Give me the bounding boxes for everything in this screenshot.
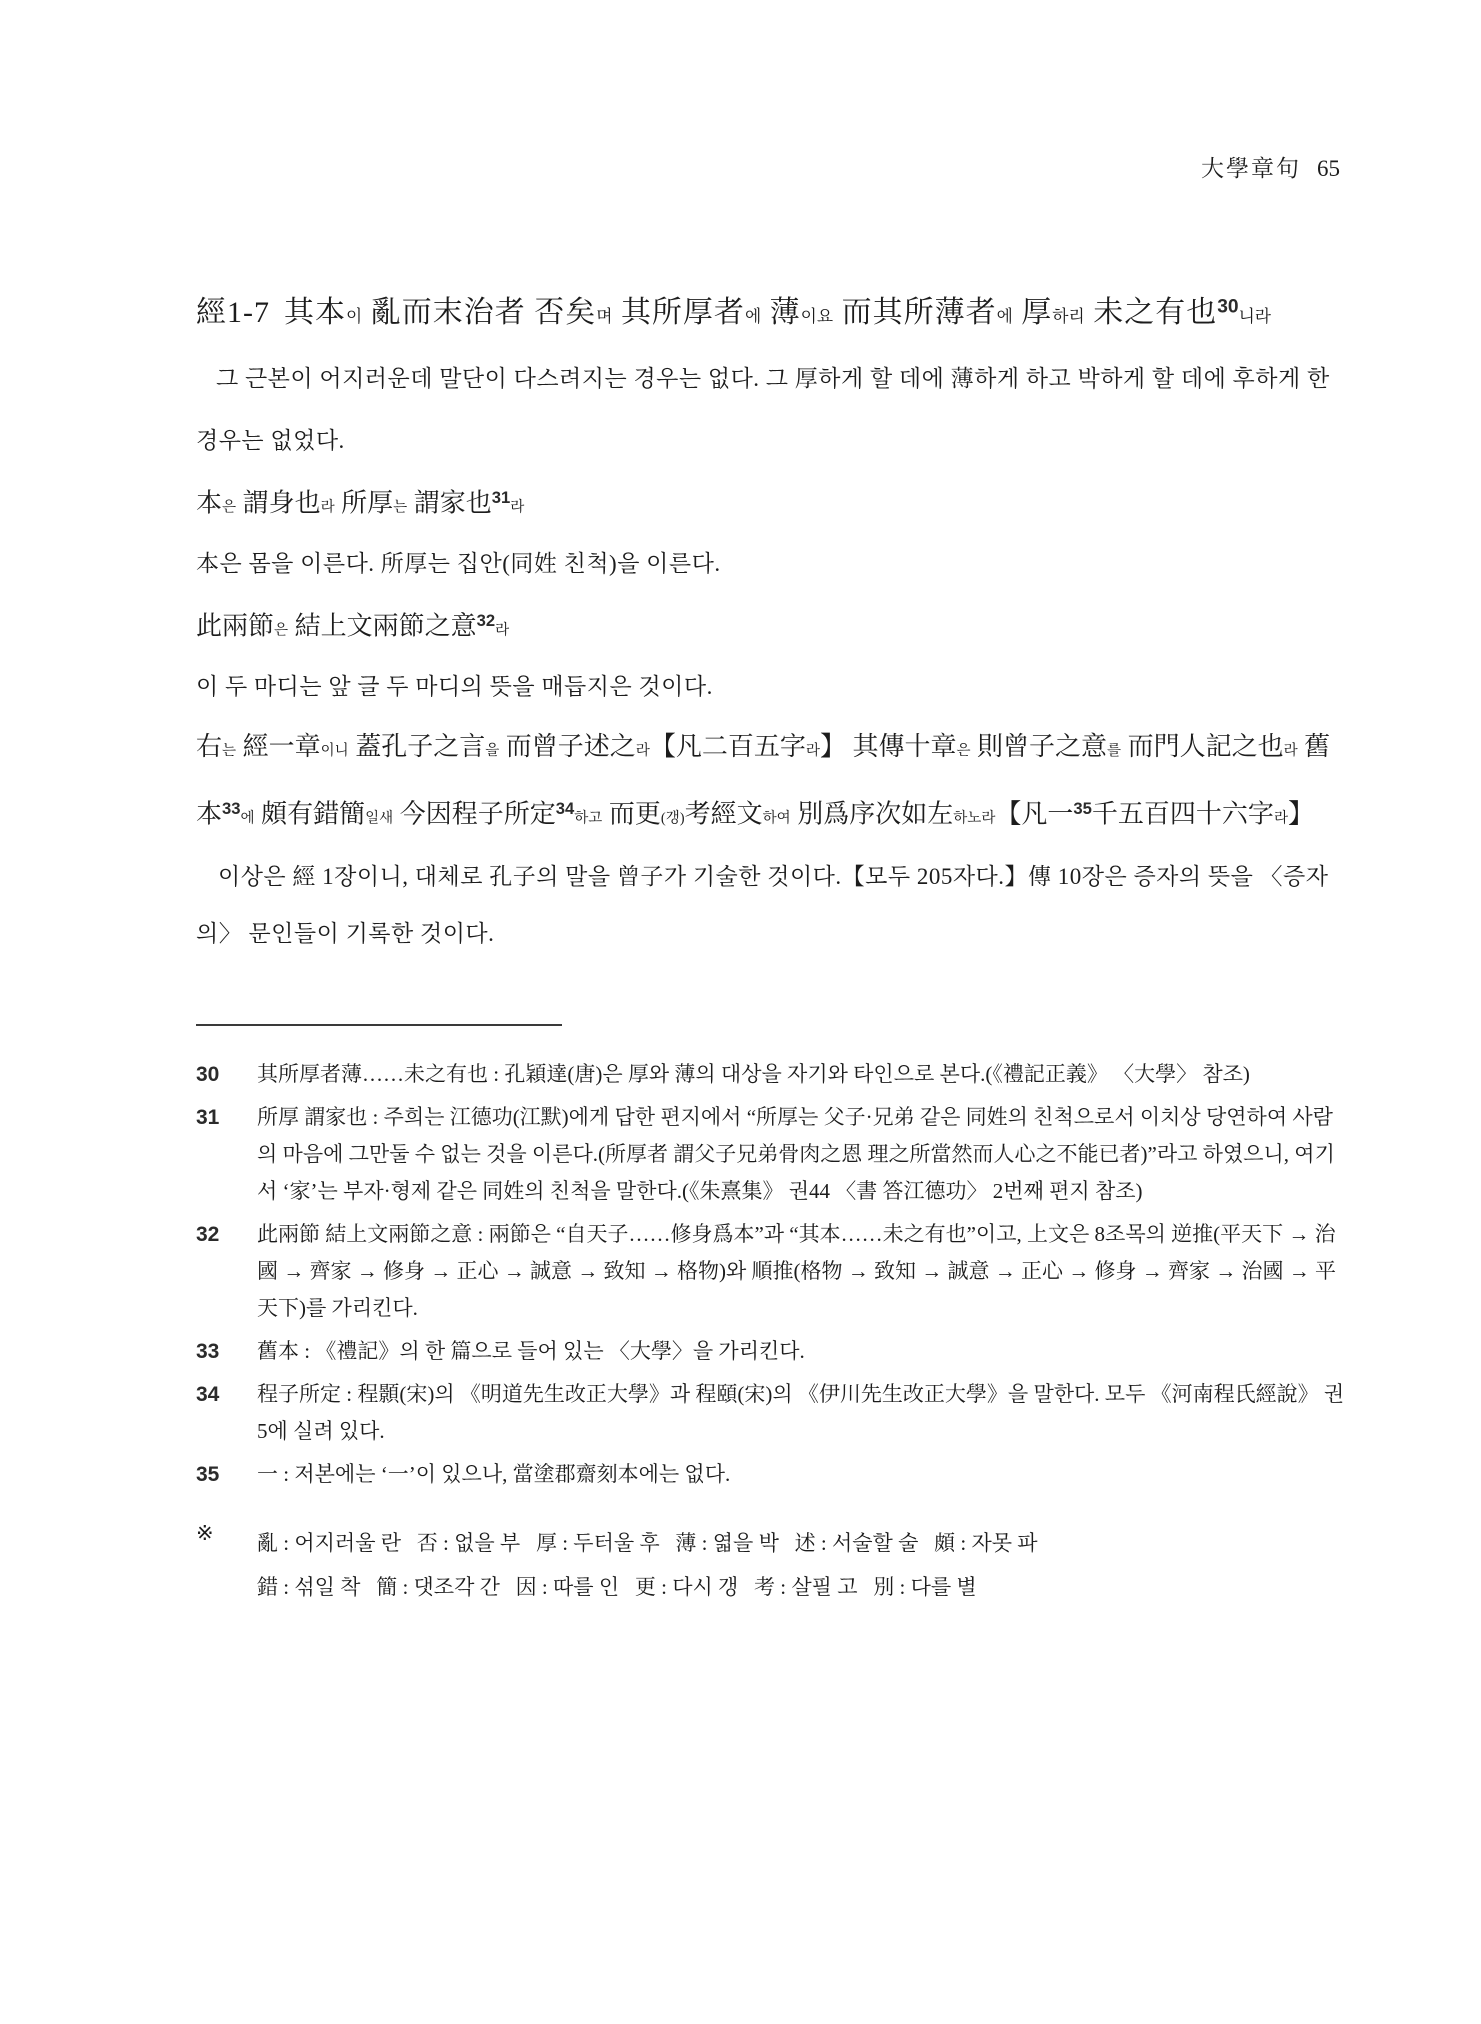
page-number: 65 [1317, 156, 1340, 181]
hangul-gloss: 라 [510, 499, 524, 515]
running-head: 大學章句65 [1201, 150, 1340, 183]
hanja-text: 謂家也 [407, 488, 492, 517]
hangul-gloss: 이요 [801, 307, 833, 326]
hangul-gloss: 은 [956, 743, 970, 759]
hanja-text: 其所厚者 [612, 296, 745, 329]
footnote-divider [196, 1024, 562, 1026]
chapter-colophon-translation: 이상은 經 1장이니, 대체로 孔子의 말을 曾子가 기술한 것이다.【모두 2… [196, 848, 1346, 962]
commentary-1-translation: 本은 몸을 이른다. 所厚는 집안(同姓 친척)을 이른다. [196, 533, 1346, 595]
hanja-text: 考經文 [685, 800, 763, 829]
hanja-text: 【凡二百五字 [650, 732, 806, 761]
hanja-text: 結上文兩節之意 [288, 611, 477, 640]
hanja-text: 蓋孔子之言 [349, 732, 486, 761]
footnote-33: 33 舊本 : 《禮記》의 한 篇으로 들어 있는 〈大學〉을 가리킨다. [196, 1333, 1346, 1370]
hangul-gloss: 은 [274, 622, 288, 638]
hanja-text: 別爲序次如左 [791, 800, 954, 829]
passage-translation: 그 근본이 어지러운데 말단이 다스려지는 경우는 없다. 그 厚하게 할 데에… [196, 348, 1346, 472]
hangul-gloss: (갱) [661, 811, 685, 827]
hangul-gloss: 이니 [321, 743, 349, 759]
hanja-text: 而其所薄者 [833, 296, 997, 329]
footnote-number: 30 [196, 1056, 257, 1093]
hangul-gloss: 라 [806, 743, 820, 759]
hangul-gloss: 하리 [1052, 307, 1084, 326]
footnote-text: 舊本 : 《禮記》의 한 篇으로 들어 있는 〈大學〉을 가리킨다. [257, 1333, 1346, 1370]
footnote-30: 30 其所厚者薄……未之有也 : 孔穎達(唐)은 厚와 薄의 대상을 자기와 타… [196, 1056, 1346, 1093]
hanja-text: 右 [196, 732, 222, 761]
footnote-ref: 30 [1217, 296, 1238, 317]
glossary-lines: 亂 : 어지러울 란 否 : 없을 부 厚 : 두터울 후 薄 : 엷을 박 述… [257, 1521, 1346, 1609]
hangul-gloss: 는 [393, 499, 407, 515]
reference-mark: ※ [196, 1521, 257, 1609]
hanja-text: 】 其傳十章 [820, 732, 957, 761]
footnote-number: 32 [196, 1216, 257, 1327]
hangul-gloss: 며 [596, 307, 612, 326]
hanja-text: 【凡一 [995, 800, 1073, 829]
footnote-text: 程子所定 : 程顥(宋)의 《明道先生改正大學》과 程頤(宋)의 《伊川先生改正… [257, 1376, 1346, 1450]
hangul-gloss: 라 [636, 743, 650, 759]
footnote-number: 31 [196, 1099, 257, 1210]
hanja-text: 謂身也 [236, 488, 321, 517]
hanja-text: 本 [196, 488, 222, 517]
hangul-gloss: 라 [1284, 743, 1298, 759]
footnote-number: 33 [196, 1333, 257, 1370]
footnote-32: 32 此兩節 結上文兩節之意 : 兩節은 “自天子……修身爲本”과 “其本……未… [196, 1216, 1346, 1327]
footnotes-section: 30 其所厚者薄……未之有也 : 孔穎達(唐)은 厚와 薄의 대상을 자기와 타… [196, 1056, 1346, 1493]
hanja-text: 而門人記之也 [1121, 732, 1284, 761]
book-title: 大學章句 [1201, 156, 1301, 181]
footnote-31: 31 所厚 謂家也 : 주희는 江德功(江默)에게 답한 편지에서 “所厚는 父… [196, 1099, 1346, 1210]
passage-gyeong-1-7: 經1-7其本이 亂而末治者 否矣며 其所厚者에 薄이요 而其所薄者에 厚하리 未… [196, 276, 1346, 348]
footnote-number: 35 [196, 1456, 257, 1493]
footnote-ref: 32 [477, 611, 496, 630]
hanja-text: 其本 [284, 296, 346, 329]
hangul-gloss: 하노라 [953, 811, 995, 827]
hanja-text: 亂而末治者 否矣 [362, 296, 596, 329]
hangul-gloss: 에 [745, 307, 761, 326]
hanja-text: 則曾子之意 [971, 732, 1108, 761]
hangul-gloss: 이 [346, 307, 362, 326]
footnote-ref: 35 [1073, 799, 1092, 818]
passage-hanmun-text: 其本이 亂而末治者 否矣며 其所厚者에 薄이요 而其所薄者에 厚하리 未之有也3… [284, 296, 1271, 329]
hangul-gloss: 일새 [365, 811, 393, 827]
hanja-text: 厚 [1013, 296, 1053, 329]
hanja-text: 而曾子述之 [499, 732, 636, 761]
hangul-gloss: 하여 [763, 811, 791, 827]
hangul-gloss: 에 [997, 307, 1013, 326]
book-page: 大學章句65 經1-7其本이 亂而末治者 否矣며 其所厚者에 薄이요 而其所薄者… [0, 0, 1481, 2024]
hanja-text: 千五百四十六字 [1092, 800, 1274, 829]
hangul-gloss: 에 [241, 811, 255, 827]
hanja-text: 經一章 [236, 732, 321, 761]
hangul-gloss: 라 [495, 622, 509, 638]
glossary-line-2: 錯 : 섞일 착 簡 : 댓조각 간 因 : 따를 인 更 : 다시 갱 考 :… [257, 1565, 1346, 1609]
hanja-glossary: ※ 亂 : 어지러울 란 否 : 없을 부 厚 : 두터울 후 薄 : 엷을 박… [196, 1521, 1346, 1609]
passage-label: 經1-7 [196, 296, 270, 329]
footnote-ref: 33 [222, 799, 241, 818]
hanja-text: 頗有錯簡 [255, 800, 366, 829]
hanja-text: 此兩節 [196, 611, 274, 640]
hanja-text: 薄 [761, 296, 801, 329]
hanja-text: 】 [1288, 800, 1314, 829]
footnote-35: 35 一 : 저본에는 ‘一’이 있으나, 當塗郡齋刻本에는 없다. [196, 1456, 1346, 1493]
glossary-line-1: 亂 : 어지러울 란 否 : 없을 부 厚 : 두터울 후 薄 : 엷을 박 述… [257, 1521, 1346, 1565]
hangul-gloss: 라 [321, 499, 335, 515]
footnote-ref: 31 [492, 488, 511, 507]
page-body: 經1-7其本이 亂而末治者 否矣며 其所厚者에 薄이요 而其所薄者에 厚하리 未… [196, 276, 1346, 1609]
hangul-gloss: 를 [1107, 743, 1121, 759]
commentary-2-translation: 이 두 마디는 앞 글 두 마디의 뜻을 매듭지은 것이다. [196, 656, 1346, 718]
commentary-2: 此兩節은 結上文兩節之意32라 [196, 595, 1346, 656]
hangul-gloss: 는 [222, 743, 236, 759]
footnote-text: 一 : 저본에는 ‘一’이 있으나, 當塗郡齋刻本에는 없다. [257, 1456, 1346, 1493]
chapter-colophon: 右는 經一章이니 蓋孔子之言을 而曾子述之라【凡二百五字라】 其傳十章은 則曾子… [196, 718, 1346, 847]
hanja-text: 所厚 [335, 488, 394, 517]
footnote-ref: 34 [556, 799, 575, 818]
hangul-gloss: 을 [485, 743, 499, 759]
hanja-text: 未之有也 [1085, 296, 1218, 329]
hangul-gloss: 니라 [1239, 307, 1271, 326]
hanja-text: 今因程子所定 [393, 800, 556, 829]
footnote-text: 其所厚者薄……未之有也 : 孔穎達(唐)은 厚와 薄의 대상을 자기와 타인으로… [257, 1056, 1346, 1093]
hangul-gloss: 은 [222, 499, 236, 515]
footnote-text: 此兩節 結上文兩節之意 : 兩節은 “自天子……修身爲本”과 “其本……未之有也… [257, 1216, 1346, 1327]
hangul-gloss: 라 [1274, 811, 1288, 827]
hangul-gloss: 하고 [574, 811, 602, 827]
footnote-number: 34 [196, 1376, 257, 1450]
hanja-text: 而更 [602, 800, 661, 829]
footnote-34: 34 程子所定 : 程顥(宋)의 《明道先生改正大學》과 程頤(宋)의 《伊川先… [196, 1376, 1346, 1450]
footnote-text: 所厚 謂家也 : 주희는 江德功(江默)에게 답한 편지에서 “所厚는 父子·兄… [257, 1099, 1346, 1210]
commentary-1: 本은 謂身也라 所厚는 謂家也31라 [196, 472, 1346, 533]
